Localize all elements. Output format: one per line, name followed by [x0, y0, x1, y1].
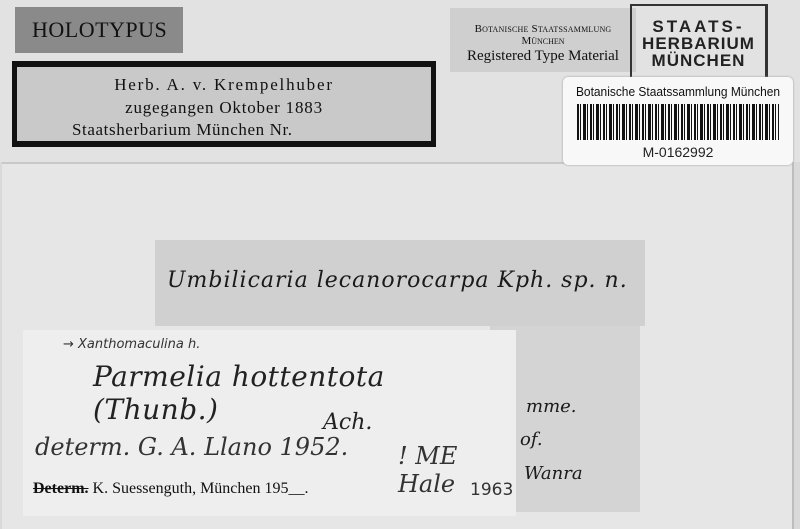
- type-label-city: München: [450, 35, 636, 47]
- stamp-line-3: MÜNCHEN: [632, 52, 765, 69]
- type-label-institution: Botanische Staatssammlung: [450, 23, 636, 35]
- barcode-institution: Botanische Staatssammlung München: [572, 84, 784, 99]
- staatsherbarium-stamp: STAATS- HERBARIUM MÜNCHEN: [630, 4, 768, 80]
- taxon-name: Parmelia hottentota (Thunb.): [93, 360, 516, 426]
- type-label-status: Registered Type Material: [450, 48, 636, 65]
- determination-label: → Xanthomaculina h. Parmelia hottentota …: [23, 330, 516, 516]
- back-label-fragment: Wanra: [524, 463, 583, 484]
- holotypus-label: HOLOTYPUS: [15, 7, 183, 53]
- struck-determ-text: Determ.: [33, 480, 89, 497]
- original-taxon-handwritten: Umbilicaria lecanorocarpa Kph. sp. n.: [167, 268, 628, 293]
- barcode-icon: [577, 104, 779, 140]
- back-label-fragment: of.: [520, 429, 543, 450]
- printed-determiner: K. Suessenguth, München 195__.: [93, 480, 309, 497]
- holotypus-text: HOLOTYPUS: [32, 17, 167, 43]
- printed-determination-line: Determ. K. Suessenguth, München 195__.: [33, 480, 309, 498]
- revision-annotation: → Xanthomaculina h.: [63, 337, 200, 352]
- herbarium-line-2: zugegangen Oktober 1883: [17, 98, 431, 118]
- determiner-handwritten: determ. G. A. Llano 1952.: [35, 433, 348, 461]
- taxon-author: Ach.: [323, 410, 372, 435]
- stamp-line-1: STAATS-: [632, 18, 765, 35]
- barcode-label: Botanische Staatssammlung München M-0162…: [563, 77, 793, 165]
- back-label-fragment: mme.: [526, 396, 577, 417]
- stamp-line-2: HERBARIUM: [632, 35, 765, 52]
- herbarium-line-1: Herb. A. v. Krempelhuber: [17, 75, 431, 95]
- herbarium-line-3: Staatsherbarium München Nr.: [72, 120, 293, 140]
- registered-type-material-label: Botanische Staatssammlung München Regist…: [450, 8, 636, 72]
- catalog-number: M-0162992: [563, 144, 793, 160]
- confirmation-year: 1963: [470, 480, 513, 500]
- herbarium-provenance-label: Herb. A. v. Krempelhuber zugegangen Okto…: [12, 61, 436, 147]
- original-species-label: Umbilicaria lecanorocarpa Kph. sp. n.: [155, 240, 645, 326]
